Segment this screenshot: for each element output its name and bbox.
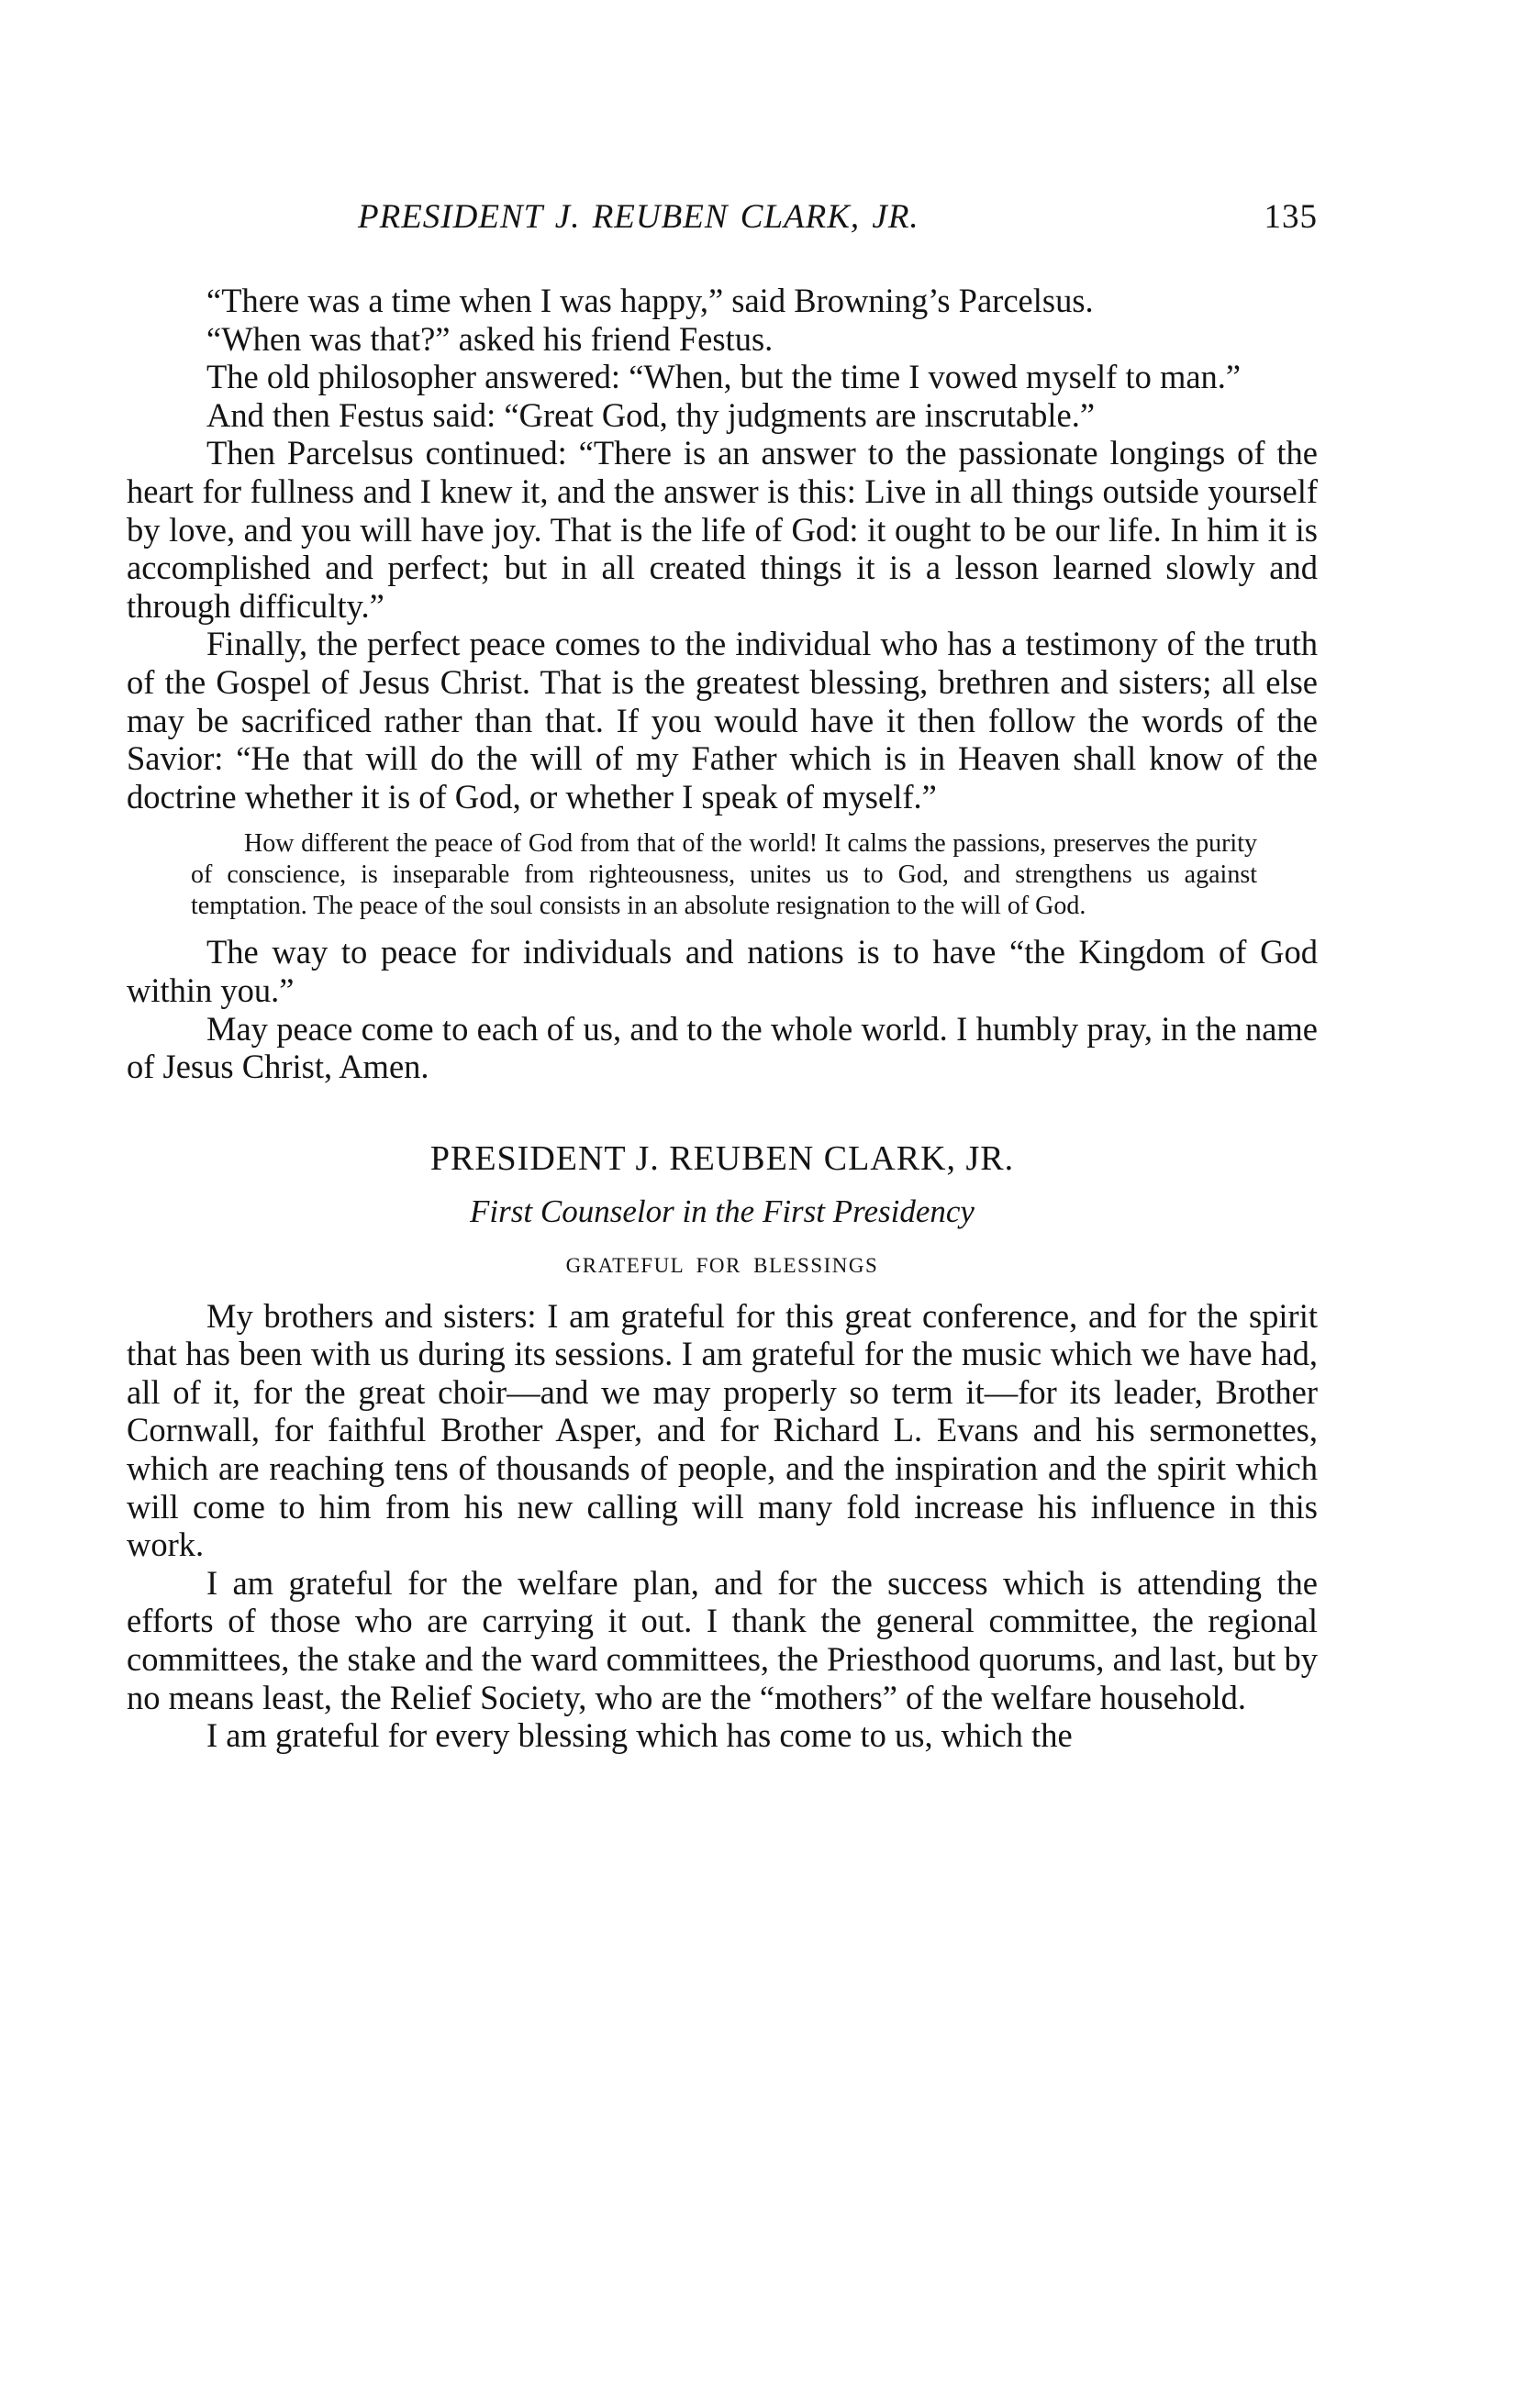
paragraph: Then Parcelsus continued: “There is an a…: [127, 434, 1318, 625]
running-head: PRESIDENT J. REUBEN CLARK, JR. 135: [127, 194, 1318, 240]
paragraph: Finally, the perfect peace comes to the …: [127, 625, 1318, 816]
block-quote-indent: [191, 829, 244, 858]
paragraph: “When was that?” asked his friend Festus…: [127, 320, 1318, 359]
paragraph: The way to peace for individuals and nat…: [127, 933, 1318, 1009]
block-quote: How different the peace of God from that…: [191, 828, 1257, 922]
running-head-title: PRESIDENT J. REUBEN CLARK, JR.: [358, 194, 919, 240]
page-number: 135: [1264, 194, 1319, 240]
block-quote-text: How different the peace of God from that…: [191, 829, 1257, 920]
paragraph: May peace come to each of us, and to the…: [127, 1010, 1318, 1086]
page-body: “There was a time when I was happy,” sai…: [127, 282, 1318, 1755]
section-speaker-heading: PRESIDENT J. REUBEN CLARK, JR.: [127, 1136, 1318, 1182]
paragraph: The old philosopher answered: “When, but…: [127, 358, 1318, 396]
section-speaker-office: First Counselor in the First Presidency: [127, 1189, 1318, 1235]
paragraph: I am grateful for every blessing which h…: [127, 1716, 1318, 1755]
paragraph: I am grateful for the welfare plan, and …: [127, 1564, 1318, 1716]
section-topic-heading: GRATEFUL FOR BLESSINGS: [127, 1248, 1318, 1284]
book-page: PRESIDENT J. REUBEN CLARK, JR. 135 “Ther…: [0, 0, 1537, 2408]
paragraph: My brothers and sisters: I am grateful f…: [127, 1297, 1318, 1564]
paragraph: “There was a time when I was happy,” sai…: [127, 282, 1318, 320]
paragraph: And then Festus said: “Great God, thy ju…: [127, 396, 1318, 435]
